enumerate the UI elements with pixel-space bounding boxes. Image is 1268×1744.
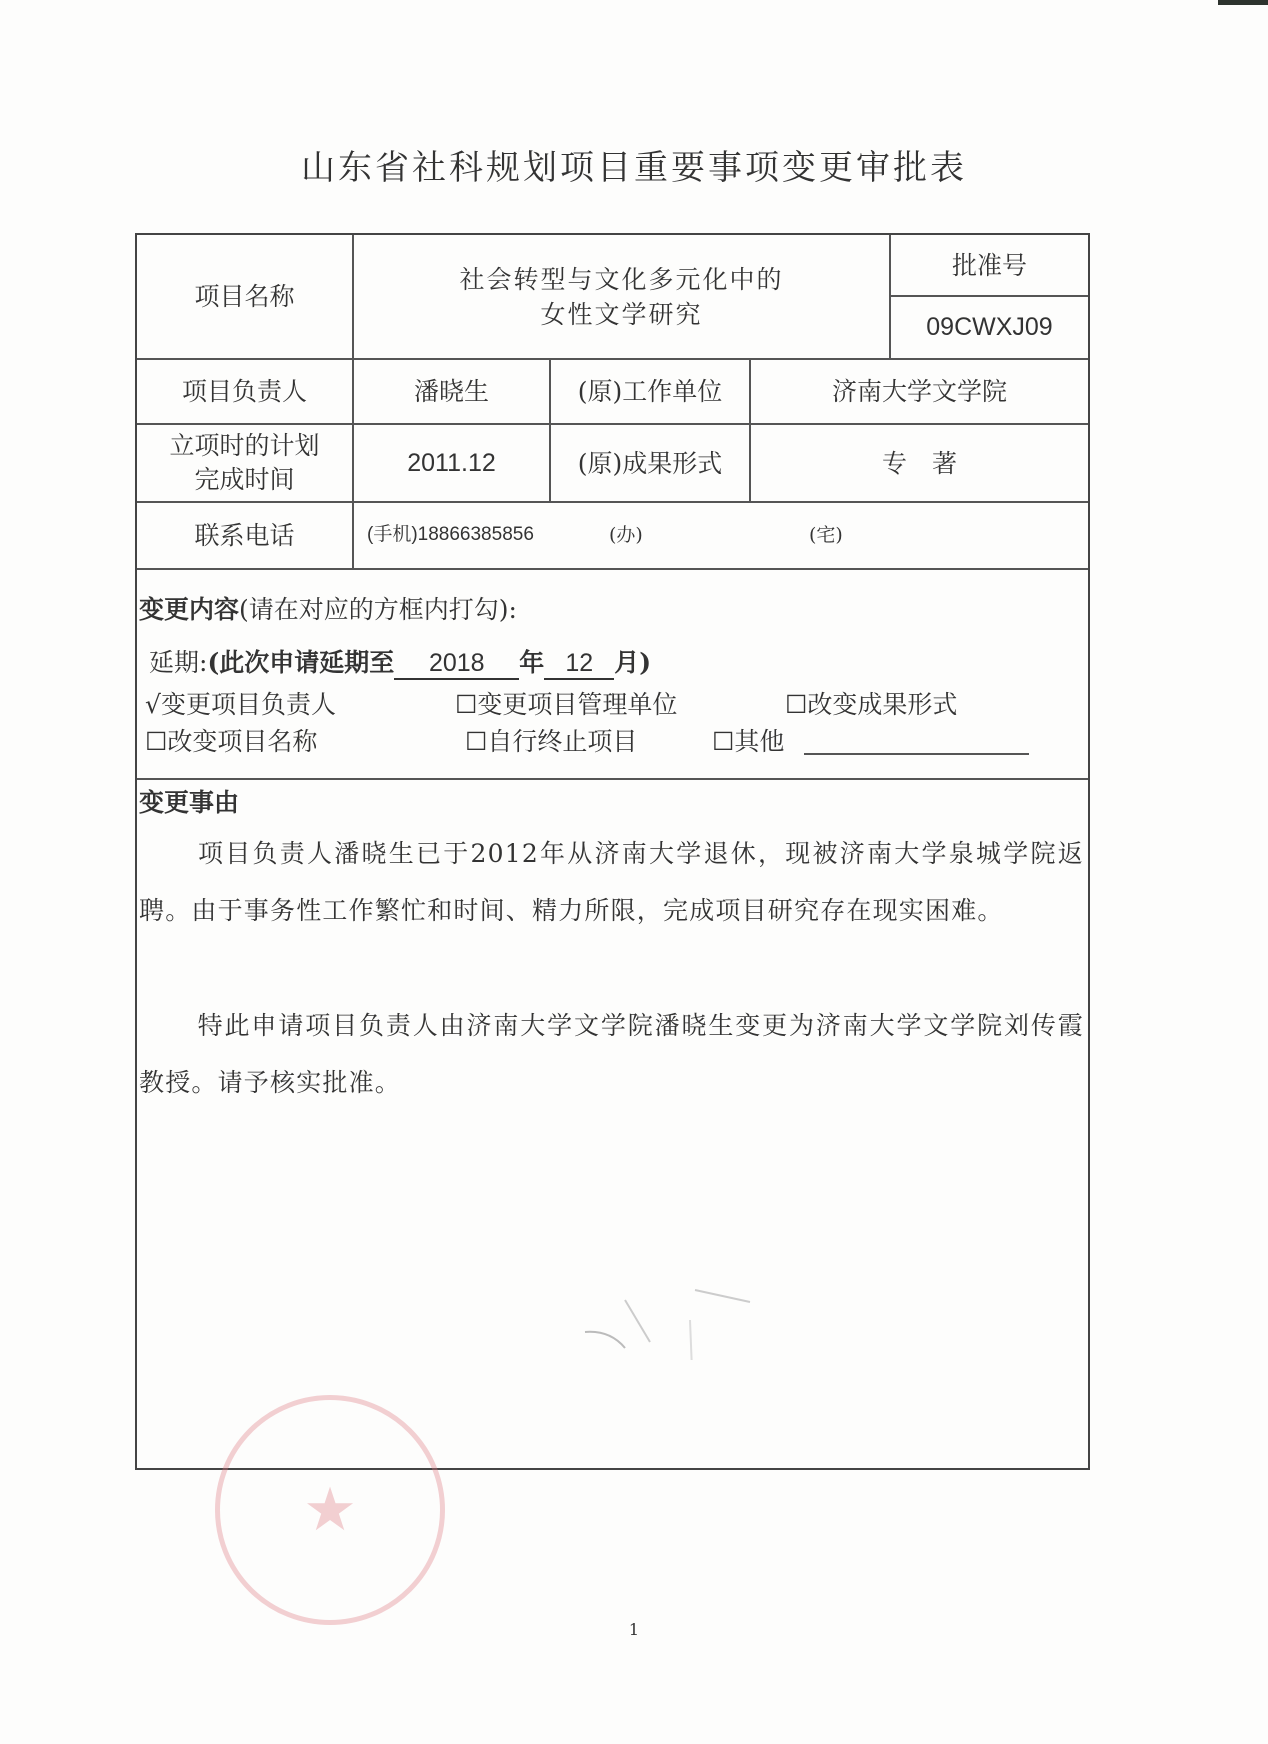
leader-value: 潘晓生 bbox=[354, 360, 549, 423]
reason-paragraph-2: 特此申请项目负责人由济南大学文学院潘晓生变更为济南大学文学院刘传霞教授。请予核实… bbox=[139, 997, 1084, 1111]
planned-time-label: 立项时的计划 完成时间 bbox=[137, 425, 352, 501]
reason-paragraph-1-text: 项目负责人潘晓生已于2012年从济南大学退休，现被济南大学泉城学院返聘。由于事务… bbox=[139, 839, 1084, 925]
leader-label: 项目负责人 bbox=[137, 360, 352, 423]
option-change-result-form[interactable]: ☐改变成果形式 bbox=[785, 685, 957, 721]
seal-star-icon: ★ bbox=[220, 1400, 440, 1620]
unit-label: (原)工作单位 bbox=[551, 360, 749, 423]
project-name-line1: 社会转型与文化多元化中的 bbox=[459, 262, 783, 297]
project-name-line2: 女性文学研究 bbox=[540, 297, 702, 332]
option-label: 改变成果形式 bbox=[807, 690, 957, 719]
change-content-heading-rest: (请在对应的方框内打勾): bbox=[239, 595, 517, 624]
option-change-name[interactable]: ☐改变项目名称 bbox=[145, 722, 317, 758]
row-divider bbox=[137, 568, 1088, 570]
change-content-heading-bold: 变更内容 bbox=[139, 595, 239, 624]
checkbox-icon: ☐ bbox=[785, 690, 807, 719]
reason-paragraph-1: 项目负责人潘晓生已于2012年从济南大学退休，现被济南大学泉城学院返聘。由于事务… bbox=[139, 825, 1084, 939]
year-label: 年 bbox=[519, 648, 544, 677]
option-label: 其他 bbox=[734, 727, 784, 756]
change-reason-heading: 变更事由 bbox=[139, 783, 239, 819]
planned-time-value: 2011.12 bbox=[354, 425, 549, 501]
project-name-label: 项目名称 bbox=[137, 235, 352, 358]
option-change-unit[interactable]: ☐变更项目管理单位 bbox=[455, 685, 677, 721]
option-label: 自行终止项目 bbox=[487, 727, 637, 756]
document-title: 山东省社科规划项目重要事项变更审批表 bbox=[0, 140, 1268, 189]
page-number: 1 bbox=[0, 1620, 1268, 1639]
checkbox-icon: ☐ bbox=[145, 727, 167, 756]
scan-corner-mark bbox=[1218, 0, 1268, 5]
approval-no-label: 批准号 bbox=[891, 235, 1088, 295]
phone-mobile: (手机)18866385856 bbox=[367, 503, 577, 568]
checkbox-icon: ☐ bbox=[465, 727, 487, 756]
checkbox-icon: ☐ bbox=[712, 727, 734, 756]
phone-home: (宅) bbox=[809, 503, 889, 568]
planned-time-label-line1: 立项时的计划 bbox=[169, 429, 319, 463]
extension-line: 延期:(此次申请延期至2018年12月) bbox=[149, 643, 651, 680]
phone-office: (办) bbox=[609, 503, 689, 568]
checkmark-icon: √ bbox=[145, 690, 161, 719]
option-change-leader[interactable]: √变更项目负责人 bbox=[145, 685, 336, 721]
extension-month[interactable]: 12 bbox=[544, 649, 614, 680]
planned-time-label-line2: 完成时间 bbox=[194, 463, 294, 497]
change-content-heading: 变更内容(请在对应的方框内打勾): bbox=[139, 590, 517, 626]
project-name-value: 社会转型与文化多元化中的 女性文学研究 bbox=[354, 235, 889, 358]
approval-no-value: 09CWXJ09 bbox=[891, 297, 1088, 358]
other-input-line[interactable] bbox=[804, 753, 1029, 755]
official-seal: ★ bbox=[215, 1395, 445, 1625]
checkbox-icon: ☐ bbox=[455, 690, 477, 719]
option-terminate[interactable]: ☐自行终止项目 bbox=[465, 722, 637, 758]
phone-label: 联系电话 bbox=[137, 503, 352, 568]
signature-mark bbox=[580, 1280, 780, 1360]
reason-paragraph-2-text: 特此申请项目负责人由济南大学文学院潘晓生变更为济南大学文学院刘传霞教授。请予核实… bbox=[139, 1011, 1084, 1097]
option-other[interactable]: ☐其他 bbox=[712, 722, 784, 758]
option-label: 变更项目管理单位 bbox=[477, 690, 677, 719]
extension-prefix: 延期: bbox=[149, 648, 207, 677]
result-form-label: (原)成果形式 bbox=[551, 425, 749, 501]
extension-text: (此次申请延期至 bbox=[207, 648, 394, 677]
result-form-value: 专 著 bbox=[751, 425, 1088, 501]
unit-value: 济南大学文学院 bbox=[751, 360, 1088, 423]
option-label: 改变项目名称 bbox=[167, 727, 317, 756]
option-label: 变更项目负责人 bbox=[161, 690, 336, 719]
extension-year[interactable]: 2018 bbox=[394, 649, 519, 680]
row-divider bbox=[137, 778, 1088, 780]
month-label: 月) bbox=[614, 648, 651, 677]
